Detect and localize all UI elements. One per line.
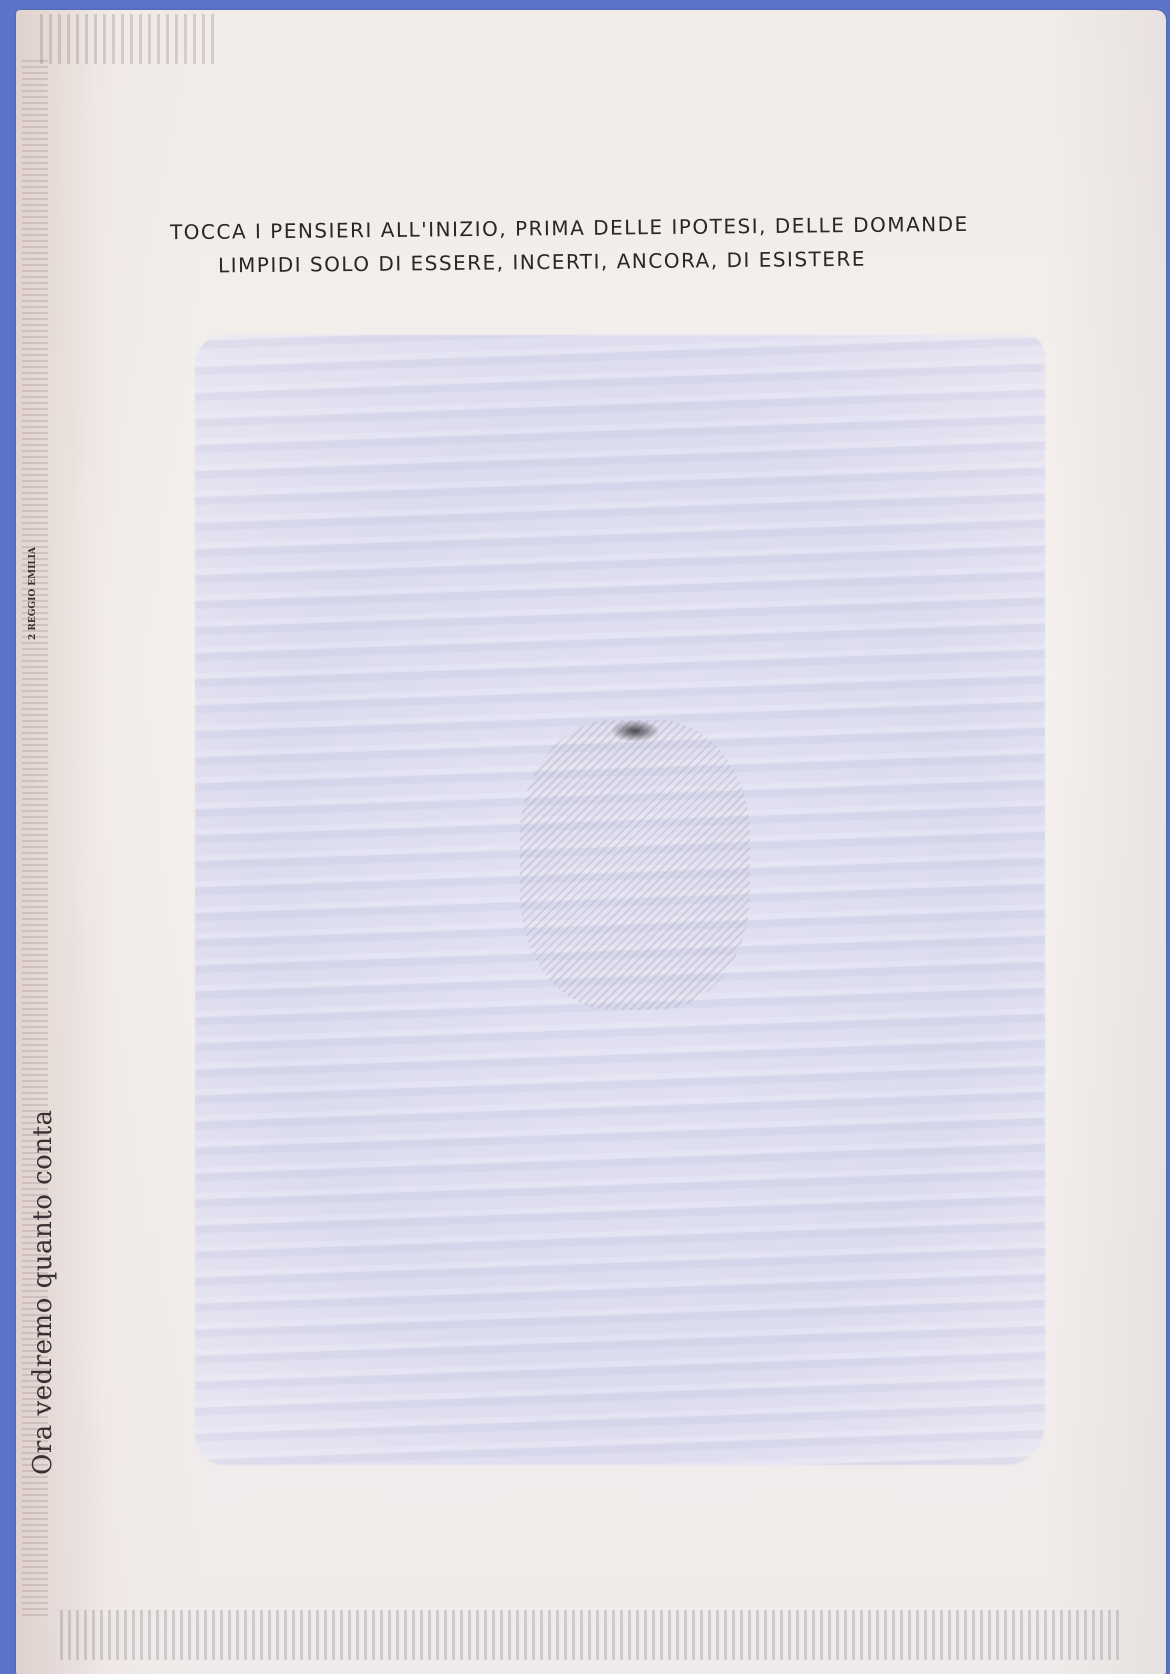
newspaper-headline: Ora vedremo quanto conta [28,1109,58,1475]
ink-mark [610,720,660,742]
newspaper-city-label: 2 REGGIO EMILIA [28,547,38,640]
newsprint-texture-top [40,14,220,64]
newsprint-texture-bottom [60,1610,1120,1660]
artwork: Ora vedremo quanto conta 2 REGGIO EMILIA… [0,0,1170,1674]
graphite-smudge [520,720,750,1010]
